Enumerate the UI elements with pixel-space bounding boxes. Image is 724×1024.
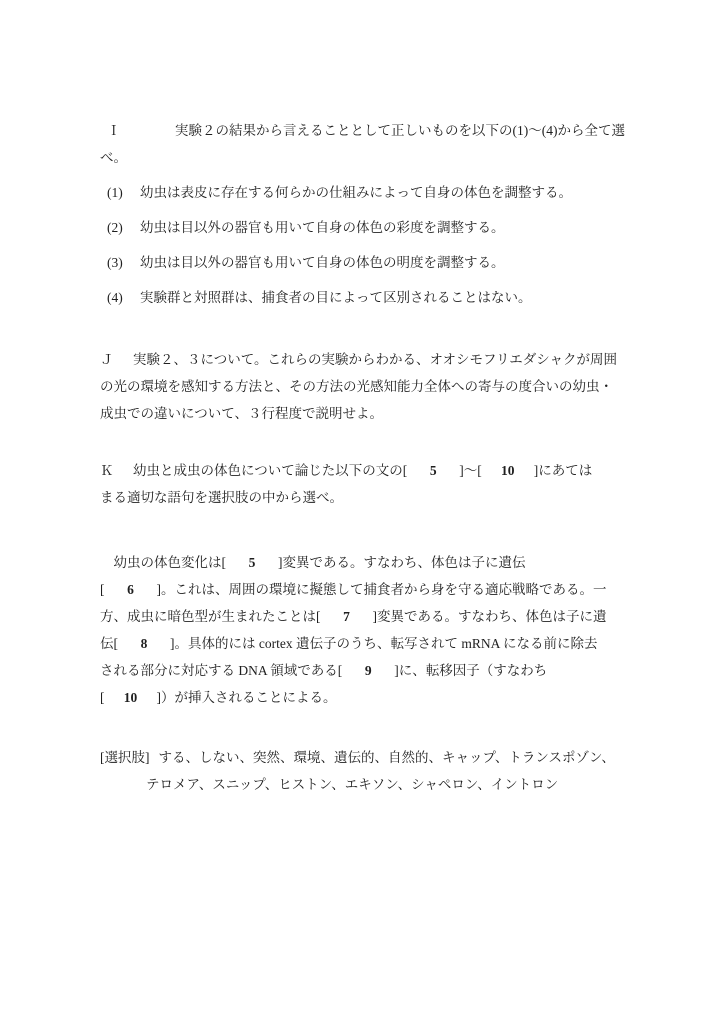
passage-line-5: される部分に対応する DNA 領域である[9]に、転移因子（すなわち [100,657,640,684]
question-j-label: Ｊ [100,346,133,373]
question-k-line-2: まる適切な語句を選択肢の中から選べ。 [100,484,640,511]
option-2-text: 幼虫は目以外の器官も用いて自身の体色の彩度を調整する。 [140,220,505,235]
passage: 幼虫の体色変化は[5]変異である。すなわち、体色は子に遺伝 [6]。これは、周囲… [100,549,640,711]
option-4-text: 実験群と対照群は、捕食者の目によって区別されることはない。 [140,290,532,305]
passage-line-2: [6]。これは、周囲の環境に擬態して捕食者から身を守る適応戦略である。一 [100,576,640,603]
option-1: (1)幼虫は表皮に存在する何らかの仕組みによって自身の体色を調整する。 [100,175,640,210]
blank-number-5: 5 [226,549,278,576]
question-j-text: 実験２、３について。これらの実験からわかる、オオシモフリエダシャクが周囲 [133,352,617,367]
passage-line-4: 伝[8]。具体的には cortex 遺伝子のうち、転写されて mRNA になる前… [100,630,640,657]
blank-9: [9] [338,663,399,678]
question-k: Ｋ幼虫と成虫の体色について論じた以下の文の[5]～[10]にあては まる適切な語… [100,457,640,511]
question-j-line-2: の光の環境を感知する方法と、その方法の光感知能力全体への寄与の度合いの幼虫・ [100,373,640,400]
choices-line-2: テロメア、スニップ、ヒストン、エキソン、シャペロン、イントロン [100,771,640,798]
blank-10: [10] [100,690,161,705]
option-2-number: (2) [107,210,140,245]
option-4-number: (4) [107,280,140,315]
question-k-label: Ｋ [100,457,133,484]
question-i: Ｉ実験２の結果から言えることとして正しいものを以下の(1)～(4)から全て選 べ… [100,117,640,171]
option-4: (4)実験群と対照群は、捕食者の目によって区別されることはない。 [100,280,640,315]
option-1-text: 幼虫は表皮に存在する何らかの仕組みによって自身の体色を調整する。 [140,185,572,200]
blank-number-9: 9 [342,657,394,684]
question-i-text: 実験２の結果から言えることとして正しいものを以下の(1)～(4)から全て選 [175,123,625,138]
option-3-text: 幼虫は目以外の器官も用いて自身の体色の明度を調整する。 [140,255,505,270]
question-i-line-1: Ｉ実験２の結果から言えることとして正しいものを以下の(1)～(4)から全て選 [100,117,640,144]
option-3-number: (3) [107,245,140,280]
question-j: Ｊ実験２、３について。これらの実験からわかる、オオシモフリエダシャクが周囲 の光… [100,346,640,427]
question-i-options: (1)幼虫は表皮に存在する何らかの仕組みによって自身の体色を調整する。 (2)幼… [100,175,640,315]
exam-document-page: Ｉ実験２の結果から言えることとして正しいものを以下の(1)～(4)から全て選 べ… [0,0,724,1024]
question-i-line-2: べ。 [100,144,640,171]
option-2: (2)幼虫は目以外の器官も用いて自身の体色の彩度を調整する。 [100,210,640,245]
option-1-number: (1) [107,175,140,210]
blank-number-8: 8 [118,630,170,657]
blank-number-10: 10 [482,457,534,484]
blank-5: [5] [403,463,464,478]
blank-number-7: 7 [321,603,373,630]
question-k-line-1: Ｋ幼虫と成虫の体色について論じた以下の文の[5]～[10]にあては [100,457,640,484]
blank-number-5: 5 [407,457,459,484]
option-3: (3)幼虫は目以外の器官も用いて自身の体色の明度を調整する。 [100,245,640,280]
passage-line-1: 幼虫の体色変化は[5]変異である。すなわち、体色は子に遺伝 [100,549,640,576]
question-k-text: 幼虫と成虫の体色について論じた以下の文の[5]～[10]にあては [133,463,592,478]
choices-text-1: する、しない、突然、環境、遺伝的、自然的、キャップ、トランスポゾン、 [159,750,615,765]
blank-8: [8] [114,636,175,651]
passage-line-6: [10]）が挿入されることによる。 [100,684,640,711]
blank-6: [6] [100,582,161,597]
question-j-line-1: Ｊ実験２、３について。これらの実験からわかる、オオシモフリエダシャクが周囲 [100,346,640,373]
blank-7: [7] [316,609,377,624]
blank-number-10: 10 [105,684,157,711]
passage-line-3: 方、成虫に暗色型が生まれたことは[7]変異である。すなわち、体色は子に遺 [100,603,640,630]
choices-list: [選択肢]する、しない、突然、環境、遺伝的、自然的、キャップ、トランスポゾン、 … [100,744,640,798]
blank-number-6: 6 [105,576,157,603]
choices-label: [選択肢] [100,750,150,765]
choices-line-1: [選択肢]する、しない、突然、環境、遺伝的、自然的、キャップ、トランスポゾン、 [100,744,640,771]
question-i-label: Ｉ [100,117,175,144]
blank-5: [5] [222,555,283,570]
page-content: Ｉ実験２の結果から言えることとして正しいものを以下の(1)～(4)から全て選 べ… [100,117,640,798]
blank-10: [10] [477,463,538,478]
question-j-line-3: 成虫での違いについて、３行程度で説明せよ。 [100,400,640,427]
